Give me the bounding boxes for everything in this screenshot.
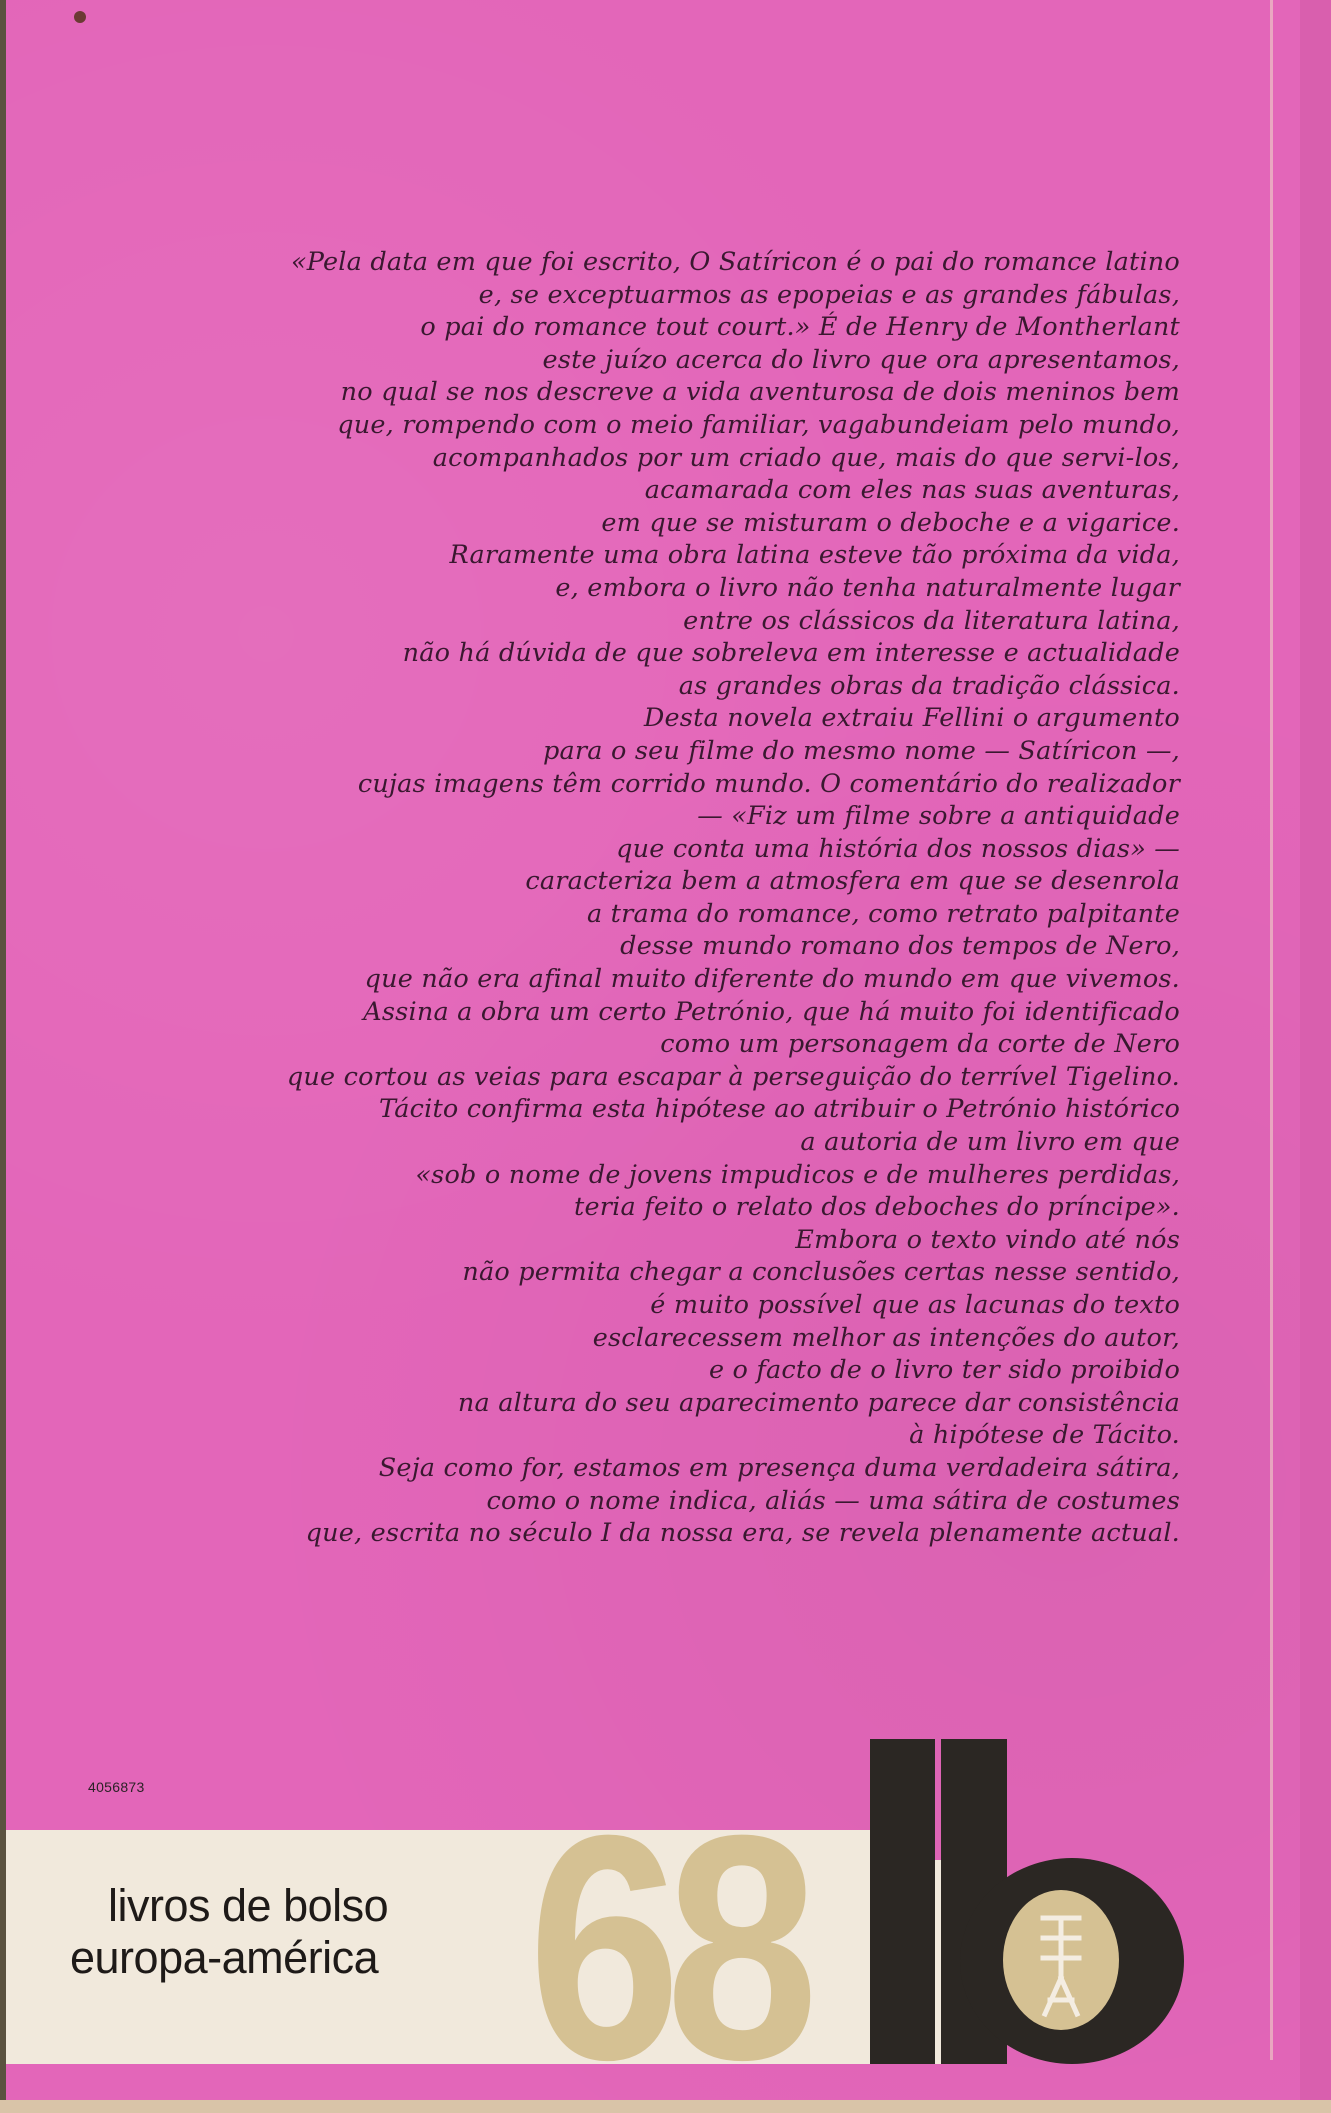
- blurb-line: não há dúvida de que sobreleva em intere…: [100, 637, 1180, 670]
- cover-left-edge: [0, 0, 6, 2113]
- blurb-line: para o seu filme do mesmo nome — Satíric…: [100, 735, 1180, 768]
- blurb-line: como o nome indica, aliás — uma sátira d…: [100, 1485, 1180, 1518]
- blurb-line: à hipótese de Tácito.: [100, 1419, 1180, 1452]
- publisher-series-name: livros de bolso: [70, 1880, 388, 1932]
- tower-emblem-icon: [1003, 1890, 1119, 2030]
- blurb-line: e, embora o livro não tenha naturalmente…: [100, 572, 1180, 605]
- blurb-line: Embora o texto vindo até nós: [100, 1224, 1180, 1257]
- blurb-line: que cortou as veias para escapar à perse…: [100, 1061, 1180, 1094]
- blurb-line: «Pela data em que foi escrito, O Satíric…: [100, 246, 1180, 279]
- blurb-line: Seja como for, estamos em presença duma …: [100, 1452, 1180, 1485]
- blurb-line: esclarecessem melhor as intenções do aut…: [100, 1322, 1180, 1355]
- blurb-line: e, se exceptuarmos as epopeias e as gran…: [100, 279, 1180, 312]
- blurb-line: que, rompendo com o meio familiar, vagab…: [100, 409, 1180, 442]
- blurb-line: desse mundo romano dos tempos de Nero,: [100, 930, 1180, 963]
- blurb-line: o pai do romance tout court.» É de Henry…: [100, 311, 1180, 344]
- blurb-line: entre os clássicos da literatura latina,: [100, 605, 1180, 638]
- spine-fold-strip: [1300, 0, 1331, 2113]
- publisher-company-name: europa-américa: [70, 1932, 388, 1984]
- blurb-line: a autoria de um livro em que: [100, 1126, 1180, 1159]
- blurb-line: em que se misturam o deboche e a vigaric…: [100, 507, 1180, 540]
- blurb-line: caracteriza bem a atmosfera em que se de…: [100, 865, 1180, 898]
- stain-mark: [74, 11, 86, 23]
- blurb-line: cujas imagens têm corrido mundo. O comen…: [100, 768, 1180, 801]
- blurb-line: Desta novela extraiu Fellini o argumento: [100, 702, 1180, 735]
- blurb-line: não permita chegar a conclusões certas n…: [100, 1256, 1180, 1289]
- spine-crease: [1270, 0, 1273, 2060]
- blurb-line: e o facto de o livro ter sido proibido: [100, 1354, 1180, 1387]
- blurb-line: Raramente uma obra latina esteve tão pró…: [100, 539, 1180, 572]
- blurb-line: acompanhados por um criado que, mais do …: [100, 442, 1180, 475]
- blurb-line: que, escrita no século I da nossa era, s…: [100, 1517, 1180, 1550]
- blurb-line: este juízo acerca do livro que ora apres…: [100, 344, 1180, 377]
- blurb-line: as grandes obras da tradição clássica.: [100, 670, 1180, 703]
- blurb-line: que não era afinal muito diferente do mu…: [100, 963, 1180, 996]
- series-number: 68: [528, 1812, 803, 2082]
- blurb-line: Assina a obra um certo Petrónio, que há …: [100, 996, 1180, 1029]
- blurb-line: no qual se nos descreve a vida aventuros…: [100, 376, 1180, 409]
- blurb-line: «sob o nome de jovens impudicos e de mul…: [100, 1159, 1180, 1192]
- blurb-line: que conta uma história dos nossos dias» …: [100, 833, 1180, 866]
- book-back-cover: «Pela data em que foi escrito, O Satíric…: [0, 0, 1331, 2113]
- blurb-line: teria feito o relato dos deboches do prí…: [100, 1191, 1180, 1224]
- blurb-line: — «Fiz um filme sobre a antiquidade: [100, 800, 1180, 833]
- catalog-number: 4056873: [88, 1779, 145, 1795]
- blurb-line: acamarada com eles nas suas aventuras,: [100, 474, 1180, 507]
- publisher-name: livros de bolso europa-américa: [70, 1880, 388, 1984]
- blurb-text: «Pela data em que foi escrito, O Satíric…: [100, 246, 1180, 1550]
- logo-letter-l: [870, 1739, 935, 2064]
- blurb-line: Tácito confirma esta hipótese ao atribui…: [100, 1093, 1180, 1126]
- blurb-line: como um personagem da corte de Nero: [100, 1028, 1180, 1061]
- blurb-line: a trama do romance, como retrato palpita…: [100, 898, 1180, 931]
- blurb-line: é muito possível que as lacunas do texto: [100, 1289, 1180, 1322]
- blurb-line: na altura do seu aparecimento parece dar…: [100, 1387, 1180, 1420]
